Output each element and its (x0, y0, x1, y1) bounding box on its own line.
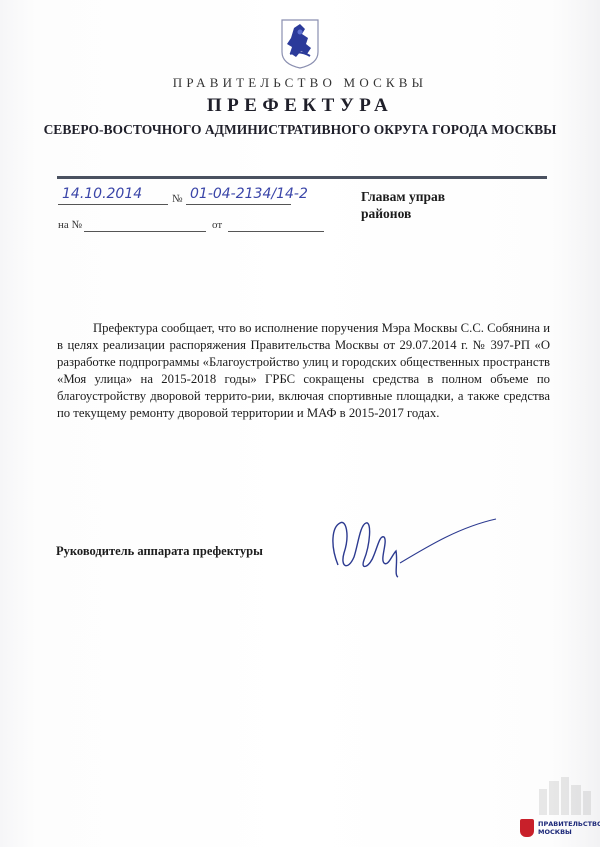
district-title: СЕВЕРО-ВОСТОЧНОГО АДМИНИСТРАТИВНОГО ОКРУ… (0, 122, 600, 138)
footer-logo-line-2: МОСКВЫ (538, 828, 600, 836)
footer-logo-text: ПРАВИТЕЛЬСТВО МОСКВЫ (538, 820, 600, 836)
outgoing-date: 14.10.2014 (62, 186, 142, 202)
footer-logo-line-1: ПРАВИТЕЛЬСТВО (538, 820, 600, 828)
government-title: ПРАВИТЕЛЬСТВО МОСКВЫ (0, 75, 600, 91)
date-underline (58, 204, 168, 205)
reply-from-underline (228, 231, 324, 232)
reply-to-label: на № (58, 219, 82, 231)
addressee-line-1: Главам управ (361, 188, 445, 205)
outgoing-number: 01-04-2134/14-2 (190, 186, 308, 202)
number-label: № (172, 193, 183, 205)
watermark-buildings-icon (535, 775, 595, 815)
footer-logo: ПРАВИТЕЛЬСТВО МОСКВЫ (520, 815, 598, 843)
reply-to-underline (84, 231, 206, 232)
document-page: ПРАВИТЕЛЬСТВО МОСКВЫ ПРЕФЕКТУРА СЕВЕРО-В… (0, 0, 600, 847)
moscow-coat-of-arms-icon (280, 18, 320, 70)
header-divider (57, 176, 547, 179)
number-underline (186, 204, 291, 205)
signer-title: Руководитель аппарата префектуры (56, 544, 263, 559)
moscow-shield-icon (520, 819, 534, 837)
reply-from-label: от (212, 219, 222, 231)
handwritten-signature (300, 505, 500, 585)
body-paragraph: Префектура сообщает, что во исполнение п… (57, 320, 550, 421)
prefecture-title: ПРЕФЕКТУРА (0, 95, 600, 117)
letter-body: Префектура сообщает, что во исполнение п… (57, 320, 550, 421)
addressee: Главам управ районов (361, 188, 445, 222)
addressee-line-2: районов (361, 205, 445, 222)
